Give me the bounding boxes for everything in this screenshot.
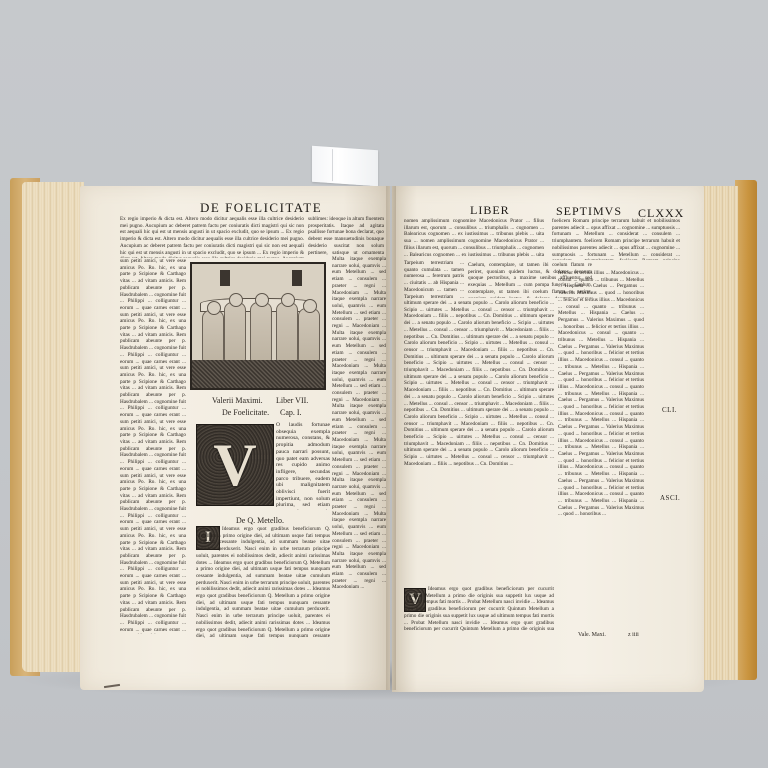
woodcut-figure bbox=[298, 308, 320, 362]
woodcut-illustration bbox=[190, 262, 326, 390]
woodcut-window bbox=[220, 270, 230, 286]
decorated-initial-large: V bbox=[196, 424, 274, 506]
bookmark-slip bbox=[312, 146, 378, 187]
caption-title: De Foelicitate. bbox=[222, 408, 269, 417]
woodcut-figure bbox=[276, 302, 298, 362]
right-running-head-septimus: SEPTIMVS bbox=[556, 204, 622, 219]
woodcut-figure bbox=[202, 310, 224, 362]
subheading-metello: De Q. Metello. bbox=[236, 516, 284, 525]
caption-author: Valerii Maximi. bbox=[212, 396, 263, 405]
woodcut-ground bbox=[192, 360, 324, 388]
left-text-column: sum petiti amici, ut vere esse amicus Po… bbox=[120, 258, 186, 634]
left-text-top: Ex regio imperio & dicta est. Altero mod… bbox=[120, 216, 304, 258]
right-text-top-left: nomen amplissimum cognomine Macedonicus … bbox=[404, 218, 544, 258]
signature-text: Vale. Maxi. bbox=[578, 632, 606, 638]
right-running-head-liber: LIBER bbox=[470, 203, 510, 218]
caption-book: Liber VII. bbox=[276, 396, 308, 405]
left-metello-text: Ideamus ergo quot gradibus beneficiorum … bbox=[196, 526, 330, 640]
margin-note-cli: CLI. bbox=[662, 406, 677, 414]
right-page-stack bbox=[700, 186, 738, 680]
left-page-stack bbox=[22, 182, 84, 672]
left-running-head: DE FOELICITATE bbox=[200, 200, 322, 216]
left-text-top-right: sublimes: ideoque in altum fluentem pros… bbox=[308, 216, 384, 256]
left-intro-text: O laudis fortunae obsequia exempla numer… bbox=[276, 422, 330, 510]
right-text-left-short: Tarpeium terrestriam ... quanto cumulata… bbox=[404, 260, 464, 300]
woodcut-figure bbox=[250, 302, 272, 362]
woodcut-figure bbox=[224, 302, 246, 362]
book-gutter bbox=[386, 186, 396, 690]
left-right-column: Multa itaque exempla narrare uolui, quam… bbox=[332, 256, 386, 640]
right-text-bottom: Ideamus ergo quot gradibus beneficiorum … bbox=[404, 586, 554, 632]
signature-mark: z iiii bbox=[628, 632, 639, 638]
woodcut-window bbox=[292, 270, 302, 286]
right-cover bbox=[735, 180, 757, 680]
right-text-top-right: foelicem Romam principe terrarum habuit … bbox=[552, 218, 680, 260]
margin-note-asci: ASCI. bbox=[660, 494, 680, 502]
photo-scene: DE FOELICITATE Ex regio imperio & dicta … bbox=[0, 0, 768, 768]
caption-chapter: Cap. I. bbox=[280, 408, 302, 417]
right-text-main-left: ultimum sperare dei ... a senatu populo … bbox=[404, 300, 554, 582]
right-text-main-right: felicior et tertius illius ... Macedonic… bbox=[558, 270, 644, 622]
